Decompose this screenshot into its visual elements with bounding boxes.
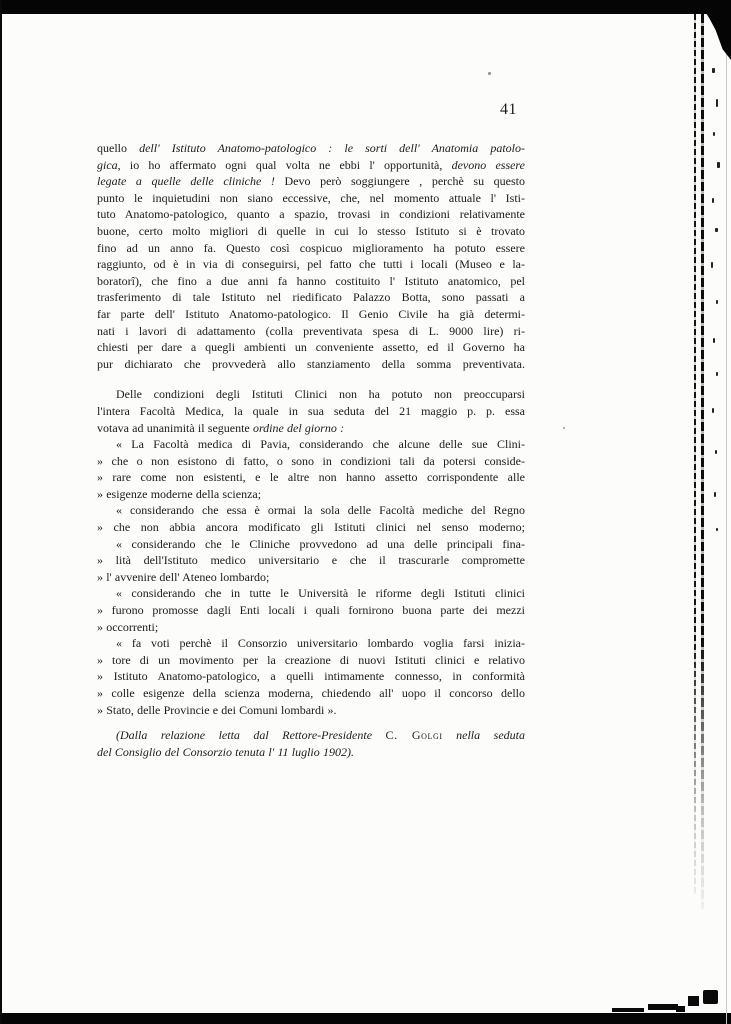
text-line: » occorrenti; [97,619,525,636]
text-line: » lità dell'Istituto medico universitari… [97,552,525,569]
body-text: raggiunto, od è in via di conseguirsi, p… [97,257,525,271]
body-text: » Stato, delle Provincie e dei Comuni lo… [97,703,337,717]
scan-corner-shadow [703,0,731,60]
page-number: 41 [97,101,517,119]
scan-speckle [488,72,491,75]
scan-top-edge [0,0,731,14]
text-line: fino ad un anno fa. Questo così cospicuo… [97,240,525,257]
italic-text: devono essere [452,158,525,172]
body-text: » lità dell'Istituto medico universitari… [97,553,525,567]
scan-speckle [717,162,720,168]
text-line: » l' avvenire dell' Ateneo lombardo; [97,569,525,586]
text-line: gica, io ho affermato ogni qual volta ne… [97,157,525,174]
body-text: « La Facoltà medica di Pavia, consideran… [116,437,525,451]
text-line: » esigenze moderne della scienza; [97,486,525,503]
text-line: » Istituto Anatomo-patologico, a quelli … [97,668,525,685]
body-text: » colle esigenze della scienza moderna, … [97,686,525,700]
italic-text: ordine del giorno : [253,421,344,435]
scan-speckle [712,198,714,203]
text-line: l'intera Facoltà Medica, la quale in sua… [97,403,525,420]
scan-speckle [716,300,718,304]
body-text: » furono promosse dagli Enti locali i qu… [97,603,525,617]
body-text: tuto Anatomo-patologico, quanto a spazio… [97,207,525,221]
body-text: nati i lavori di adattamento (colla prev… [97,324,525,338]
body-text: , io ho affermato ogni qual volta ne ebb… [118,158,452,172]
text-line: « La Facoltà medica di Pavia, consideran… [97,436,525,453]
text-line: « considerando che in tutte le Universit… [97,585,525,602]
body-text: « considerando che in tutte le Universit… [116,586,525,600]
text-line: legate a quelle delle cliniche ! Devo pe… [97,173,525,190]
body-text: « considerando che essa è ormai la sola … [116,503,525,517]
italic-text: (Dalla relazione letta dal Rettore-Presi… [116,728,386,742]
text-line: (Dalla relazione letta dal Rettore-Presi… [97,727,525,744]
text-line: del Consiglio del Consorzio tenuta l' 11… [97,744,525,761]
body-text: » l' avvenire dell' Ateneo lombardo; [97,570,269,584]
body-text: punto le inquietudini non siano eccessiv… [97,191,525,205]
text-line: » colle esigenze della scienza moderna, … [97,685,525,702]
scan-speckle [612,1008,644,1012]
text-line: » tore di un movimento per la creazione … [97,652,525,669]
text-line: votava ad unanimità il seguente ordine d… [97,420,525,437]
text-line: « considerando che le Cliniche provvedon… [97,536,525,553]
scan-speckle [688,996,699,1006]
body-text: « fa voti perchè il Consorzio universita… [116,636,525,650]
text-line: boratorî), che fino a due anni fa hanno … [97,273,525,290]
body-text: pur dichiarato che provvederà allo stanz… [97,357,525,371]
body-text: » occorrenti; [97,620,158,634]
scan-speckle [712,68,715,73]
scan-speckle [563,427,565,429]
body-text: quello [97,141,139,155]
text-line: punto le inquietudini non siano eccessiv… [97,190,525,207]
text-line: » che o non esistono di fatto, o sono in… [97,453,525,470]
text-line: chiesti per dare a quegli ambienti un co… [97,339,525,356]
resolution-quote: « La Facoltà medica di Pavia, consideran… [97,436,525,718]
italic-text: dell' Istituto Anatomo-patologico : le s… [139,141,525,155]
text-block: quello dell' Istituto Anatomo-patologico… [97,140,525,760]
body-text: trasferimento di tale Istituto nel riedi… [97,290,525,304]
text-line: pur dichiarato che provvederà allo stanz… [97,356,525,373]
scan-speckle [713,132,715,136]
italic-text: del Consiglio del Consorzio tenuta l' 11… [97,745,354,759]
body-text: » esigenze moderne della scienza; [97,487,261,501]
paragraph-istituto: quello dell' Istituto Anatomo-patologico… [97,140,525,372]
body-text: votava ad unanimità il seguente [97,421,253,435]
text-line: » rare come non esistenti, e le altre no… [97,469,525,486]
text-line: buone, certo molto migliori di quelle in… [97,223,525,240]
body-text: Devo però soggiungere , perchè su questo [275,174,525,188]
text-line: raggiunto, od è in via di conseguirsi, p… [97,256,525,273]
text-line: » che non abbia ancora modificato gli Is… [97,519,525,536]
body-text: l'intera Facoltà Medica, la quale in sua… [97,404,525,418]
scan-speckle [703,990,718,1004]
text-line: « considerando che essa è ormai la sola … [97,502,525,519]
body-text: » che non abbia ancora modificato gli Is… [97,520,525,534]
scan-speckle [716,528,718,531]
scan-speckle [716,372,718,376]
text-line: tuto Anatomo-patologico, quanto a spazio… [97,206,525,223]
italic-text: legate a quelle delle cliniche ! [97,174,275,188]
text-line: Delle condizioni degli Istituti Clinici … [97,386,525,403]
binding-gutter-fade [690,640,708,930]
body-text: » Istituto Anatomo-patologico, a quelli … [97,669,525,683]
body-text: » rare come non esistenti, e le altre no… [97,470,525,484]
scan-speckle [715,450,717,454]
smallcaps-text: C. Golgi [386,728,443,742]
body-text: » tore di un movimento per la creazione … [97,653,525,667]
scan-speckle [712,408,714,413]
body-text: buone, certo molto migliori di quelle in… [97,224,525,238]
body-text: far parte dell' Istituto Anatomo-patolog… [97,307,525,321]
text-line: » furono promosse dagli Enti locali i qu… [97,602,525,619]
body-text: chiesti per dare a quegli ambienti un co… [97,340,525,354]
scan-speckle [648,1004,678,1010]
text-line: far parte dell' Istituto Anatomo-patolog… [97,306,525,323]
scan-speckle [711,262,713,268]
text-line: trasferimento di tale Istituto nel riedi… [97,289,525,306]
scan-bottom-edge [0,1013,731,1024]
body-text: » che o non esistono di fatto, o sono in… [97,454,525,468]
scan-speckle [676,1006,685,1012]
italic-text: nella seduta [443,728,525,742]
text-line: quello dell' Istituto Anatomo-patologico… [97,140,525,157]
scan-speckle [716,99,718,107]
body-text: boratorî), che fino a due anni fa hanno … [97,274,525,288]
paragraph-facolta: Delle condizioni degli Istituti Clinici … [97,386,525,436]
scan-speckle [713,338,715,343]
body-text: Delle condizioni degli Istituti Clinici … [116,387,525,401]
text-line: » Stato, delle Provincie e dei Comuni lo… [97,702,525,719]
scan-speckle [714,492,716,497]
body-text: « considerando che le Cliniche provvedon… [116,537,525,551]
text-line: nati i lavori di adattamento (colla prev… [97,323,525,340]
scan-left-edge [0,0,2,1024]
text-line: « fa voti perchè il Consorzio universita… [97,635,525,652]
scan-speckle [715,228,718,232]
italic-text: gica [97,158,118,172]
closing-note: (Dalla relazione letta dal Rettore-Presi… [97,727,525,760]
scan-right-page-edge [726,0,727,1024]
body-text: fino ad un anno fa. Questo così cospicuo… [97,241,525,255]
